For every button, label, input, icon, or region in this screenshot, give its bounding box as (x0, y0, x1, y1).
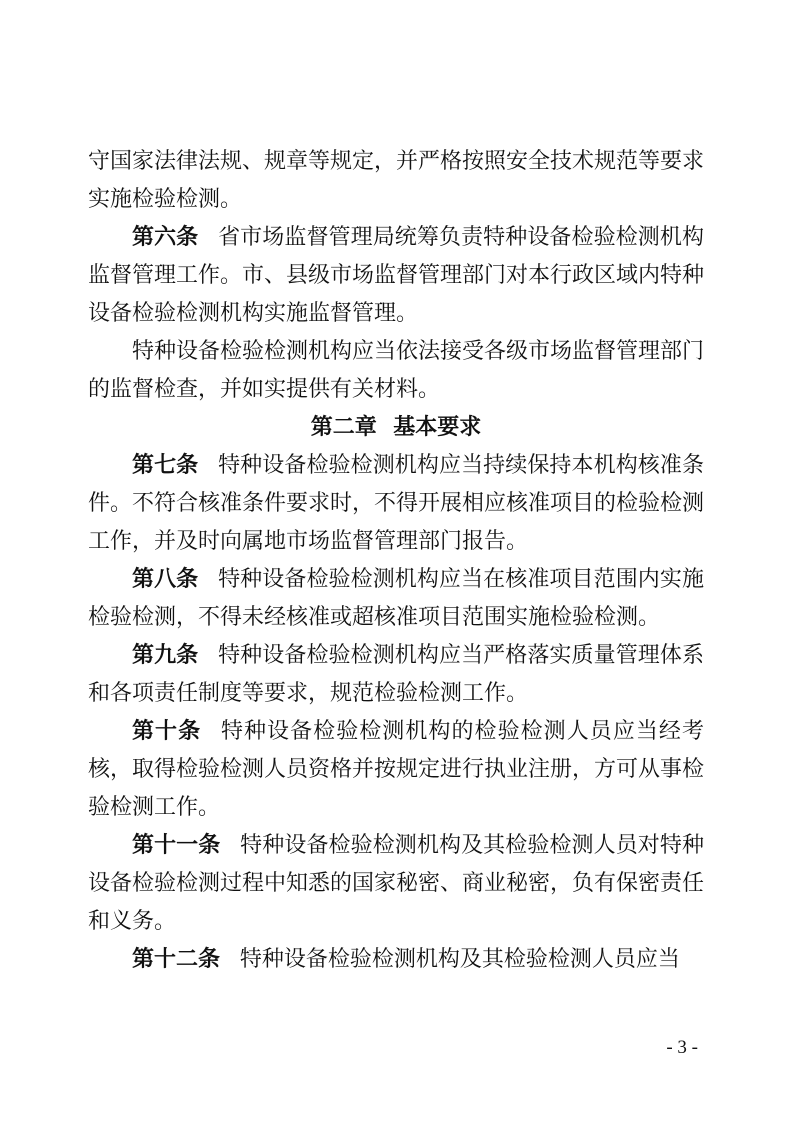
chapter-title: 基本要求 (393, 414, 481, 439)
chapter-number: 第二章 (311, 414, 377, 439)
article-6-number: 第六条 (132, 224, 198, 249)
paragraph-continuation: 守国家法律法规、规章等规定，并严格按照安全技术规范等要求实施检验检测。 (88, 142, 704, 218)
article-11-paragraph: 第十一条特种设备检验检测机构及其检验检测人员对特种设备检验检测过程中知悉的国家秘… (88, 826, 704, 940)
article-7-number: 第七条 (132, 452, 198, 477)
article-10-number: 第十条 (132, 718, 201, 743)
article-6-paragraph: 第六条省市场监督管理局统筹负责特种设备检验检测机构监督管理工作。市、县级市场监督… (88, 218, 704, 332)
document-body: 守国家法律法规、规章等规定，并严格按照安全技术规范等要求实施检验检测。 第六条省… (88, 142, 704, 978)
chapter-heading: 第二章基本要求 (88, 408, 704, 446)
article-12-text: 特种设备检验检测机构及其检验检测人员应当 (240, 946, 680, 971)
article-11-number: 第十一条 (132, 832, 220, 857)
article-12-paragraph: 第十二条特种设备检验检测机构及其检验检测人员应当 (88, 940, 704, 978)
article-9-paragraph: 第九条特种设备检验检测机构应当严格落实质量管理体系和各项责任制度等要求，规范检验… (88, 636, 704, 712)
article-7-paragraph: 第七条特种设备检验检测机构应当持续保持本机构核准条件。不符合核准条件要求时，不得… (88, 446, 704, 560)
article-8-paragraph: 第八条特种设备检验检测机构应当在核准项目范围内实施检验检测，不得未经核准或超核准… (88, 560, 704, 636)
article-10-paragraph: 第十条特种设备检验检测机构的检验检测人员应当经考核，取得检验检测人员资格并按规定… (88, 712, 704, 826)
article-8-number: 第八条 (132, 566, 198, 591)
article-9-number: 第九条 (132, 642, 198, 667)
paragraph-supervision: 特种设备检验检测机构应当依法接受各级市场监督管理部门的监督检查，并如实提供有关材… (88, 332, 704, 408)
document-page: 守国家法律法规、规章等规定，并严格按照安全技术规范等要求实施检验检测。 第六条省… (0, 0, 793, 1122)
page-number: - 3 - (666, 1036, 698, 1060)
article-12-number: 第十二条 (132, 946, 220, 971)
